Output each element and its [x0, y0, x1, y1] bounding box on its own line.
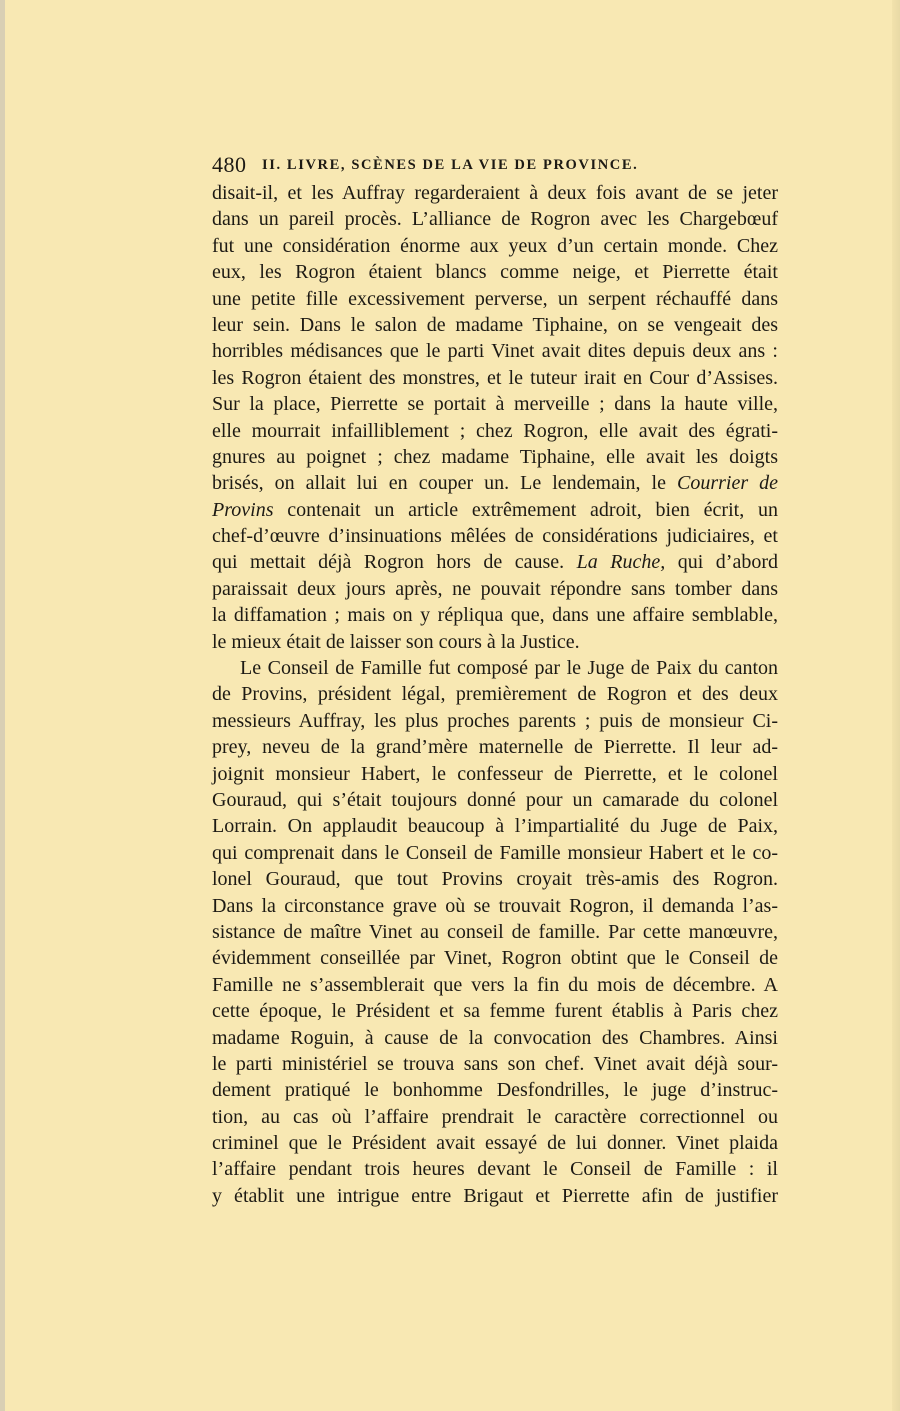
text-line: gnures au poignet ; chez madame Tiphaine… [212, 444, 778, 470]
page-number: 480 [212, 152, 247, 178]
text-line: leur sein. Dans le salon de madame Tipha… [212, 312, 778, 338]
text-line: horribles médisances que le parti Vinet … [212, 338, 778, 364]
text-line-with-italic: Provins contenait un article extrêmement… [212, 497, 778, 523]
text-segment: contenait un article extrêmement adroit,… [287, 499, 778, 521]
text-line: chef-d’œuvre d’insinuations mêlées de co… [212, 523, 778, 549]
text-line: criminel que le Président avait essayé d… [212, 1130, 778, 1156]
text-line-with-italic: qui mettait déjà Rogron hors de cause. L… [212, 549, 778, 575]
text-line: le parti ministériel se trouva sans son … [212, 1051, 778, 1077]
text-line: Gouraud, qui s’était toujours donné pour… [212, 787, 778, 813]
text-line: dement pratiqué le bonhomme Desfondrille… [212, 1077, 778, 1103]
text-line: madame Roguin, à cause de la convocation… [212, 1025, 778, 1051]
text-line: Dans la circonstance grave où se trouvai… [212, 893, 778, 919]
page-edge-right [892, 0, 900, 1411]
text-line: le mieux était de laisser son cours à la… [212, 629, 778, 655]
text-line: Famille ne s’assemblerait que vers la fi… [212, 972, 778, 998]
text-line: eux, les Rogron étaient blancs comme nei… [212, 259, 778, 285]
running-head: II. LIVRE, SCÈNES DE LA VIE DE PROVINCE. [262, 157, 638, 174]
text-segment: qui d’abord [665, 551, 778, 573]
text-line: une petite fille excessivement perverse,… [212, 286, 778, 312]
paragraph-start-line: Le Conseil de Famille fut composé par le… [212, 655, 778, 681]
text-line: elle mourrait infailliblement ; chez Rog… [212, 418, 778, 444]
newspaper-title-courrier: Courrier de [677, 472, 778, 494]
text-line: y établit une intrigue entre Brigaut et … [212, 1183, 778, 1209]
page-edge-left [0, 0, 5, 1411]
text-line: la diffamation ; mais on y répliqua que,… [212, 602, 778, 628]
text-line-with-italic: brisés, on allait lui en couper un. Le l… [212, 470, 778, 496]
text-line: lonel Gouraud, que tout Provins croyait … [212, 866, 778, 892]
page-header: 480 II. LIVRE, SCÈNES DE LA VIE DE PROVI… [212, 150, 782, 180]
text-line: Lorrain. On applaudit beaucoup à l’impar… [212, 813, 778, 839]
text-line: évidemment conseillée par Vinet, Rogron … [212, 945, 778, 971]
text-segment: brisés, on allait lui en couper un. Le l… [212, 472, 677, 494]
body-text: disait-il, et les Auffray regarderaient … [212, 180, 778, 1209]
newspaper-title-ruche: La Ruche, [577, 551, 666, 573]
text-line: disait-il, et les Auffray regarderaient … [212, 180, 778, 206]
text-line: prey, neveu de la grand’mère maternelle … [212, 734, 778, 760]
text-line: l’affaire pendant trois heures devant le… [212, 1156, 778, 1182]
text-segment: qui mettait déjà Rogron hors de cause. [212, 551, 577, 573]
text-line: dans un pareil procès. L’alliance de Rog… [212, 206, 778, 232]
newspaper-title-provins: Provins [212, 499, 273, 521]
text-line: tion, au cas où l’affaire prendrait le c… [212, 1104, 778, 1130]
text-line: sistance de maître Vinet au conseil de f… [212, 919, 778, 945]
text-line: fut une considération énorme aux yeux d’… [212, 233, 778, 259]
text-line: paraissait deux jours après, ne pouvait … [212, 576, 778, 602]
text-line: joignit monsieur Habert, le confesseur d… [212, 761, 778, 787]
text-line: Sur la place, Pierrette se portait à mer… [212, 391, 778, 417]
text-line: qui comprenait dans le Conseil de Famill… [212, 840, 778, 866]
text-line: messieurs Auffray, les plus proches pare… [212, 708, 778, 734]
text-line: les Rogron étaient des monstres, et le t… [212, 365, 778, 391]
text-line: cette époque, le Président et sa femme f… [212, 998, 778, 1024]
text-line: de Provins, président légal, premièremen… [212, 681, 778, 707]
